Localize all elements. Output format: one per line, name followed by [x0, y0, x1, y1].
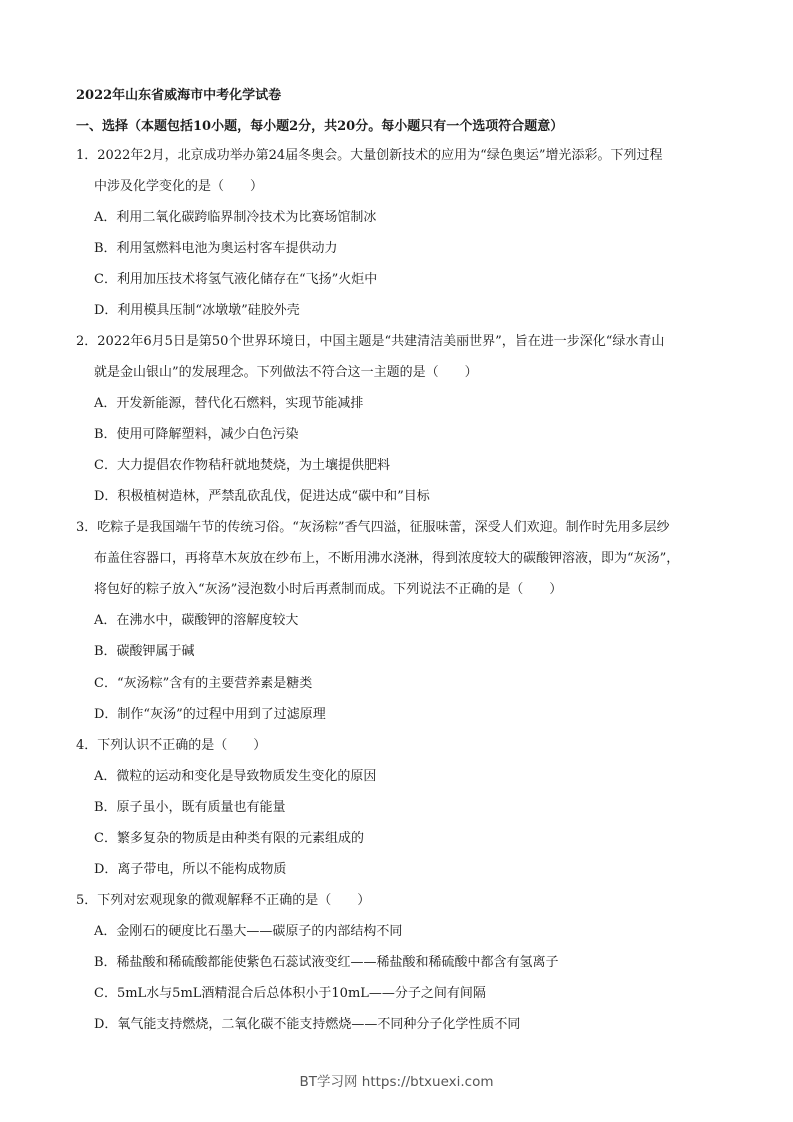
question-5-option-a: A．金刚石的硬度比石墨大——碳原子的内部结构不同: [94, 924, 402, 940]
question-4-option-a: A．微粒的运动和变化是导致物质发生变化的原因: [94, 769, 376, 785]
question-2-option-d: D．积极植树造林，严禁乱砍乱伐，促进达成“碳中和”目标: [94, 489, 430, 505]
section-heading: 一、选择（本题包括10小题，每小题2分，共20分。每小题只有一个选项符合题意）: [76, 115, 563, 134]
question-3-option-a: A．在沸水中，碳酸钾的溶解度较大: [94, 613, 298, 629]
question-2-line-1: 2．2022年6月5日是第50个世界环境日，中国主题是“共建清洁美丽世界”，旨在…: [76, 334, 664, 350]
question-1-line-1: 1．2022年2月，北京成功举办第24届冬奥会。大量创新技术的应用为“绿色奥运”…: [76, 148, 662, 164]
question-3-line-2: 布盖住容器口，再将草木灰放在纱布上，不断用沸水浇淋，得到浓度较大的碳酸钾溶液，即…: [94, 551, 679, 567]
question-5-option-d: D．氧气能支持燃烧，二氧化碳不能支持燃烧——不同种分子化学性质不同: [94, 1017, 520, 1033]
question-2-line-2: 就是金山银山”的发展理念。下列做法不符合这一主题的是（ ）: [94, 365, 478, 381]
question-4-option-d: D．离子带电，所以不能构成物质: [94, 862, 286, 878]
question-1-option-a: A．利用二氧化碳跨临界制冷技术为比赛场馆制冰: [94, 210, 376, 226]
question-3-line-3: 将包好的粽子放入“灰汤”浸泡数小时后再煮制而成。下列说法不正确的是（ ）: [94, 582, 562, 598]
question-3-option-d: D．制作“灰汤”的过程中用到了过滤原理: [94, 707, 326, 723]
exam-title: 2022年山东省威海市中考化学试卷: [76, 84, 281, 103]
question-2-option-b: B．使用可降解塑料，减少白色污染: [94, 427, 299, 443]
question-1-option-c: C．利用加压技术将氢气液化储存在“飞扬”火炬中: [94, 272, 377, 288]
question-5-line-1: 5．下列对宏观现象的微观解释不正确的是（ ）: [76, 893, 370, 909]
question-3-option-c: C．“灰汤粽”含有的主要营养素是糖类: [94, 676, 312, 692]
footer-watermark: BT学习网 https://btxuexi.com: [0, 1070, 793, 1090]
question-1-option-b: B．利用氢燃料电池为奥运村客车提供动力: [94, 241, 338, 257]
question-4-option-c: C．繁多复杂的物质是由种类有限的元素组成的: [94, 831, 364, 847]
question-5-option-c: C．5mL水与5mL酒精混合后总体积小于10mL——分子之间有间隔: [94, 986, 486, 1002]
exam-page: 2022年山东省威海市中考化学试卷 一、选择（本题包括10小题，每小题2分，共2…: [0, 0, 793, 1122]
question-1-line-2: 中涉及化学变化的是（ ）: [94, 179, 263, 195]
question-1-option-d: D．利用模具压制“冰墩墩”硅胶外壳: [94, 303, 300, 319]
question-2-option-a: A．开发新能源，替代化石燃料，实现节能减排: [94, 396, 363, 412]
question-4-line-1: 4．下列认识不正确的是（ ）: [76, 738, 266, 754]
question-3-line-1: 3．吃粽子是我国端午节的传统习俗。“灰汤粽”香气四溢，征服味蕾，深受人们欢迎。制…: [76, 520, 670, 536]
question-2-option-c: C．大力提倡农作物秸秆就地焚烧，为土壤提供肥料: [94, 458, 390, 474]
question-4-option-b: B．原子虽小，既有质量也有能量: [94, 800, 286, 816]
question-3-option-b: B．碳酸钾属于碱: [94, 644, 195, 660]
question-5-option-b: B．稀盐酸和稀硫酸都能使紫色石蕊试液变红——稀盐酸和稀硫酸中都含有氢离子: [94, 955, 559, 971]
